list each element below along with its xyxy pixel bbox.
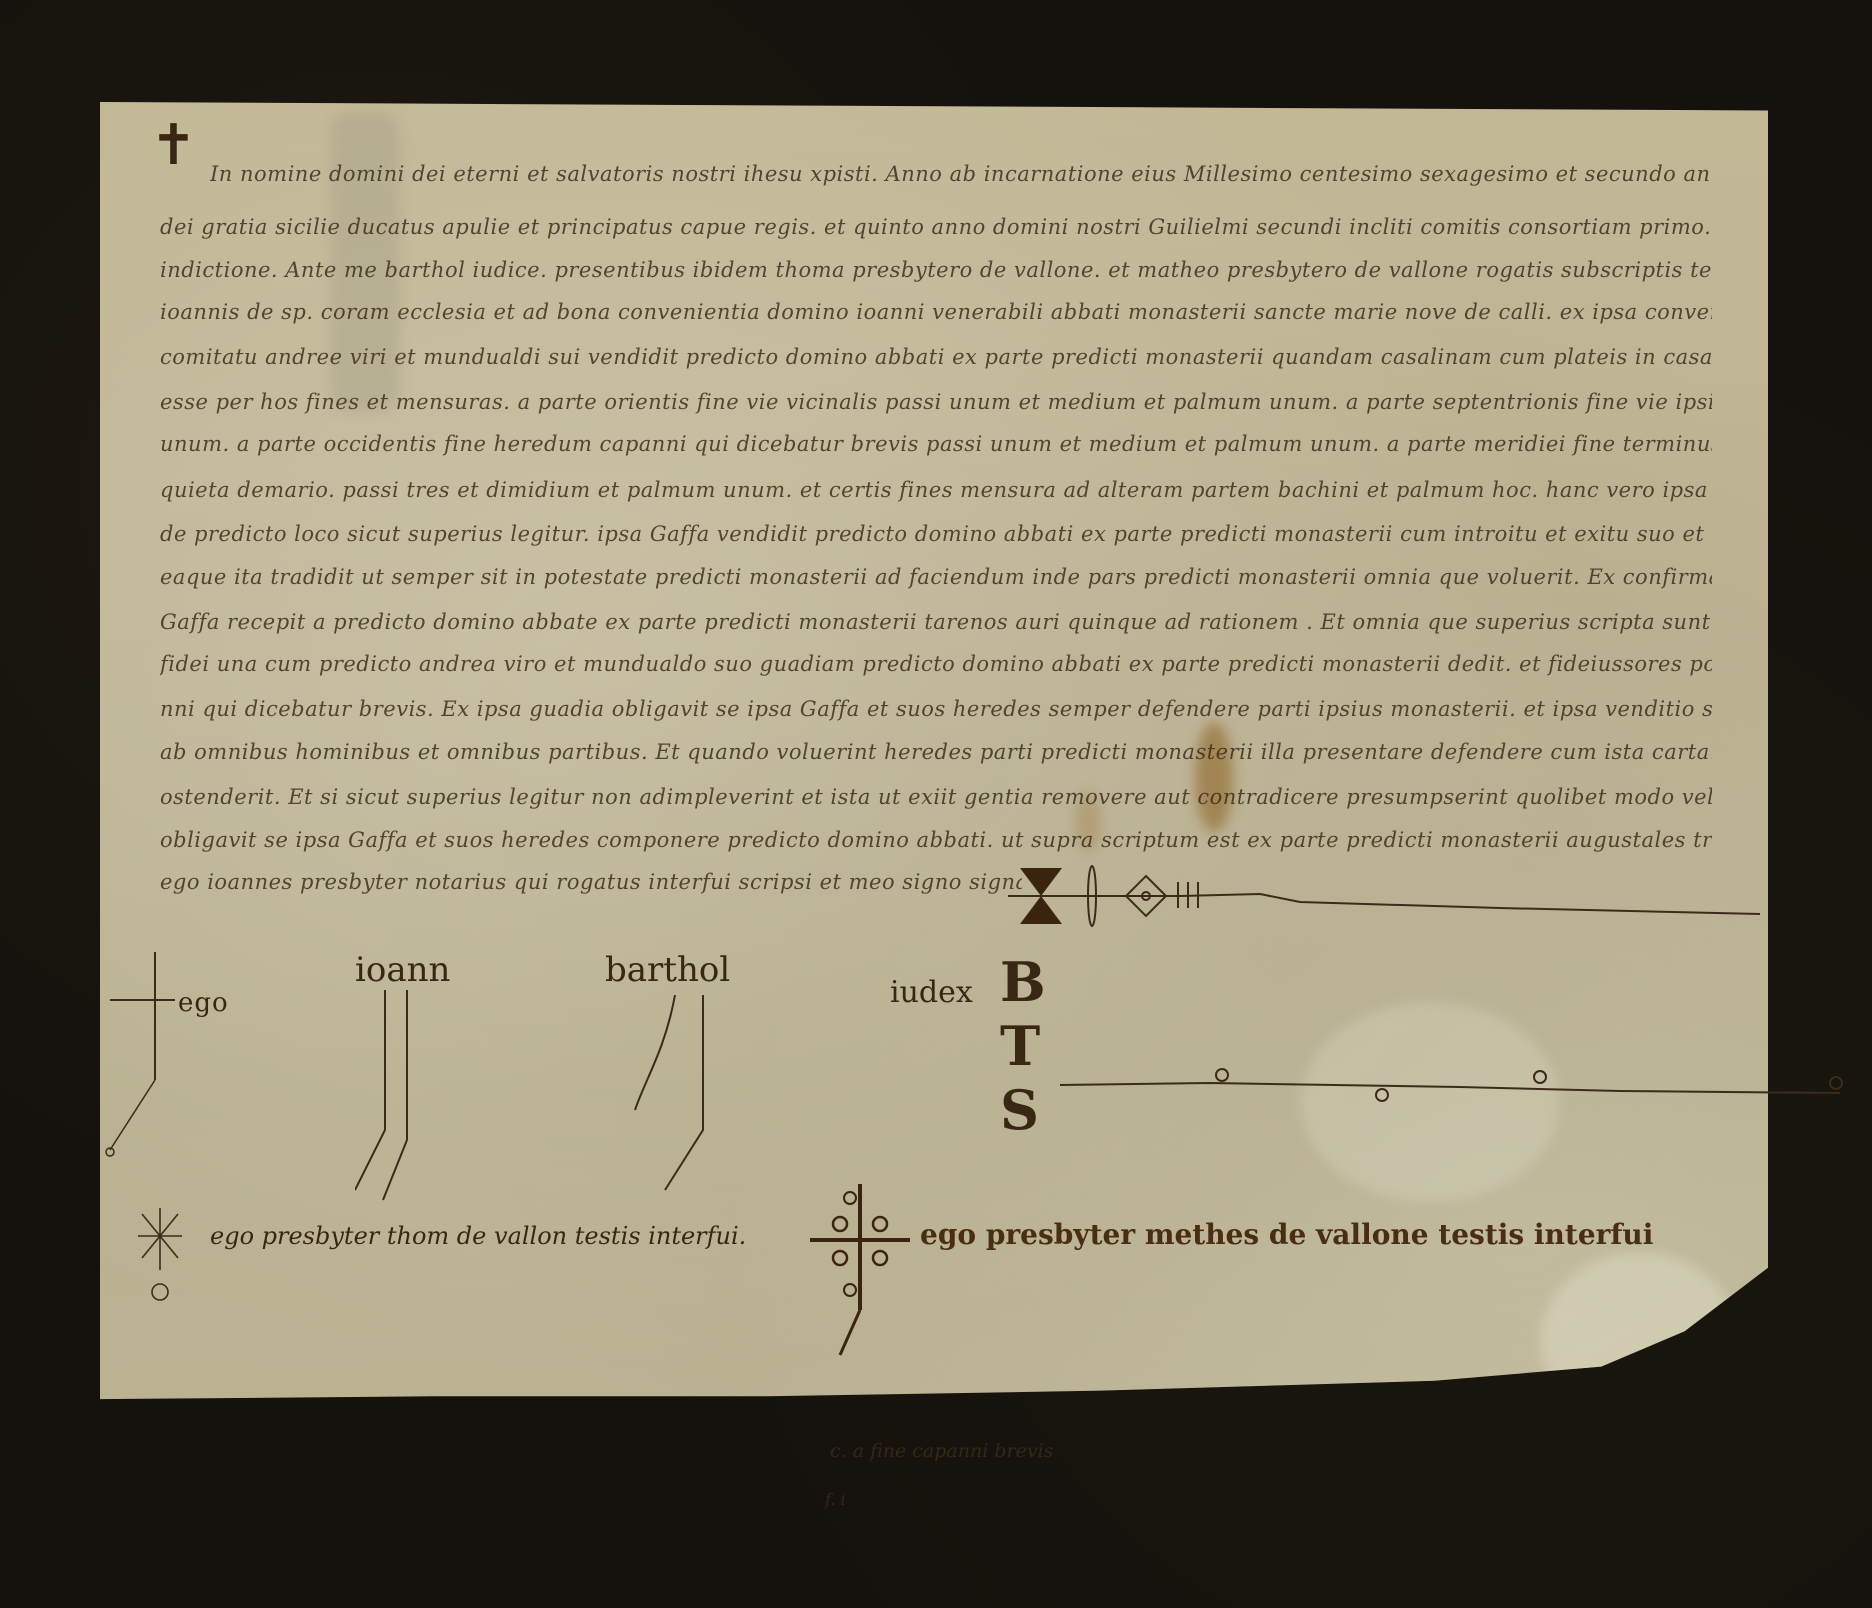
bottom-mark: f. i [825,1490,846,1509]
text-line: quieta demario. passi tres et dimidium e… [160,478,1712,506]
text-line: eaque ita tradidit ut semper sit in pote… [160,565,1712,593]
signum-hourglass-icon [1000,860,1760,930]
text-line: indictione. Ante me barthol iudice. pres… [160,258,1712,286]
witness-text: ego presbyter methes de vallone testis i… [920,1218,1653,1251]
text-line: ioannis de sp. coram ecclesia et ad bona… [160,300,1712,328]
notarial-signum [1000,860,1760,930]
ornate-cross-icon [800,1180,920,1360]
text-line: de predicto loco sicut superius legitur.… [160,522,1712,550]
witness-thomas: ego presbyter thom de vallon testis inte… [130,1200,190,1314]
signum-line-icon [1060,995,1860,1105]
subscription-text: ioann [355,950,450,990]
witness-text: ego presbyter thom de vallon testis inte… [210,1222,746,1250]
text-line: In nomine domini dei eterni et salvatori… [210,162,1712,190]
signature-flourish-icon [355,990,435,1210]
subscription-ego: ego [100,940,180,1164]
text-line: esse per hos fines et mensuras. a parte … [160,390,1712,418]
archival-note: c. a fine capanni brevis [830,1440,1053,1462]
iudex-monogram: B T S [1000,950,1052,1142]
subscription-text: ego [178,988,229,1018]
text-line: unum. a parte occidentis fine heredum ca… [160,432,1712,460]
subscription-text: barthol [605,950,730,990]
text-line: nni qui dicebatur brevis. Ex ipsa guadia… [160,697,1712,725]
cross-signum-icon [100,940,180,1160]
text-line: ostenderit. Et si sicut superius legitur… [160,785,1712,813]
water-stain [1195,722,1233,832]
witness-methes: ego presbyter methes de vallone testis i… [800,1180,920,1364]
signature-flourish-icon [605,990,725,1210]
invocation-cross-icon: ✝ [150,118,197,174]
text-line: Gaffa recepit a predicto domino abbate e… [160,610,1712,638]
text-line: ab omnibus hominibus et omnibus partibus… [160,740,1712,768]
text-line: dei gratia sicilie ducatus apulie et pri… [160,215,1712,243]
text-line: fidei una cum predicto andrea viro et mu… [160,652,1712,680]
text-line: obligavit se ipsa Gaffa et suos heredes … [160,828,1712,856]
chrismon-icon [130,1200,190,1310]
subscription-text: iudex [890,975,973,1010]
text-line: ego ioannes presbyter notarius qui rogat… [160,870,1022,898]
text-line: comitatu andree viri et mundualdi sui ve… [160,345,1712,373]
